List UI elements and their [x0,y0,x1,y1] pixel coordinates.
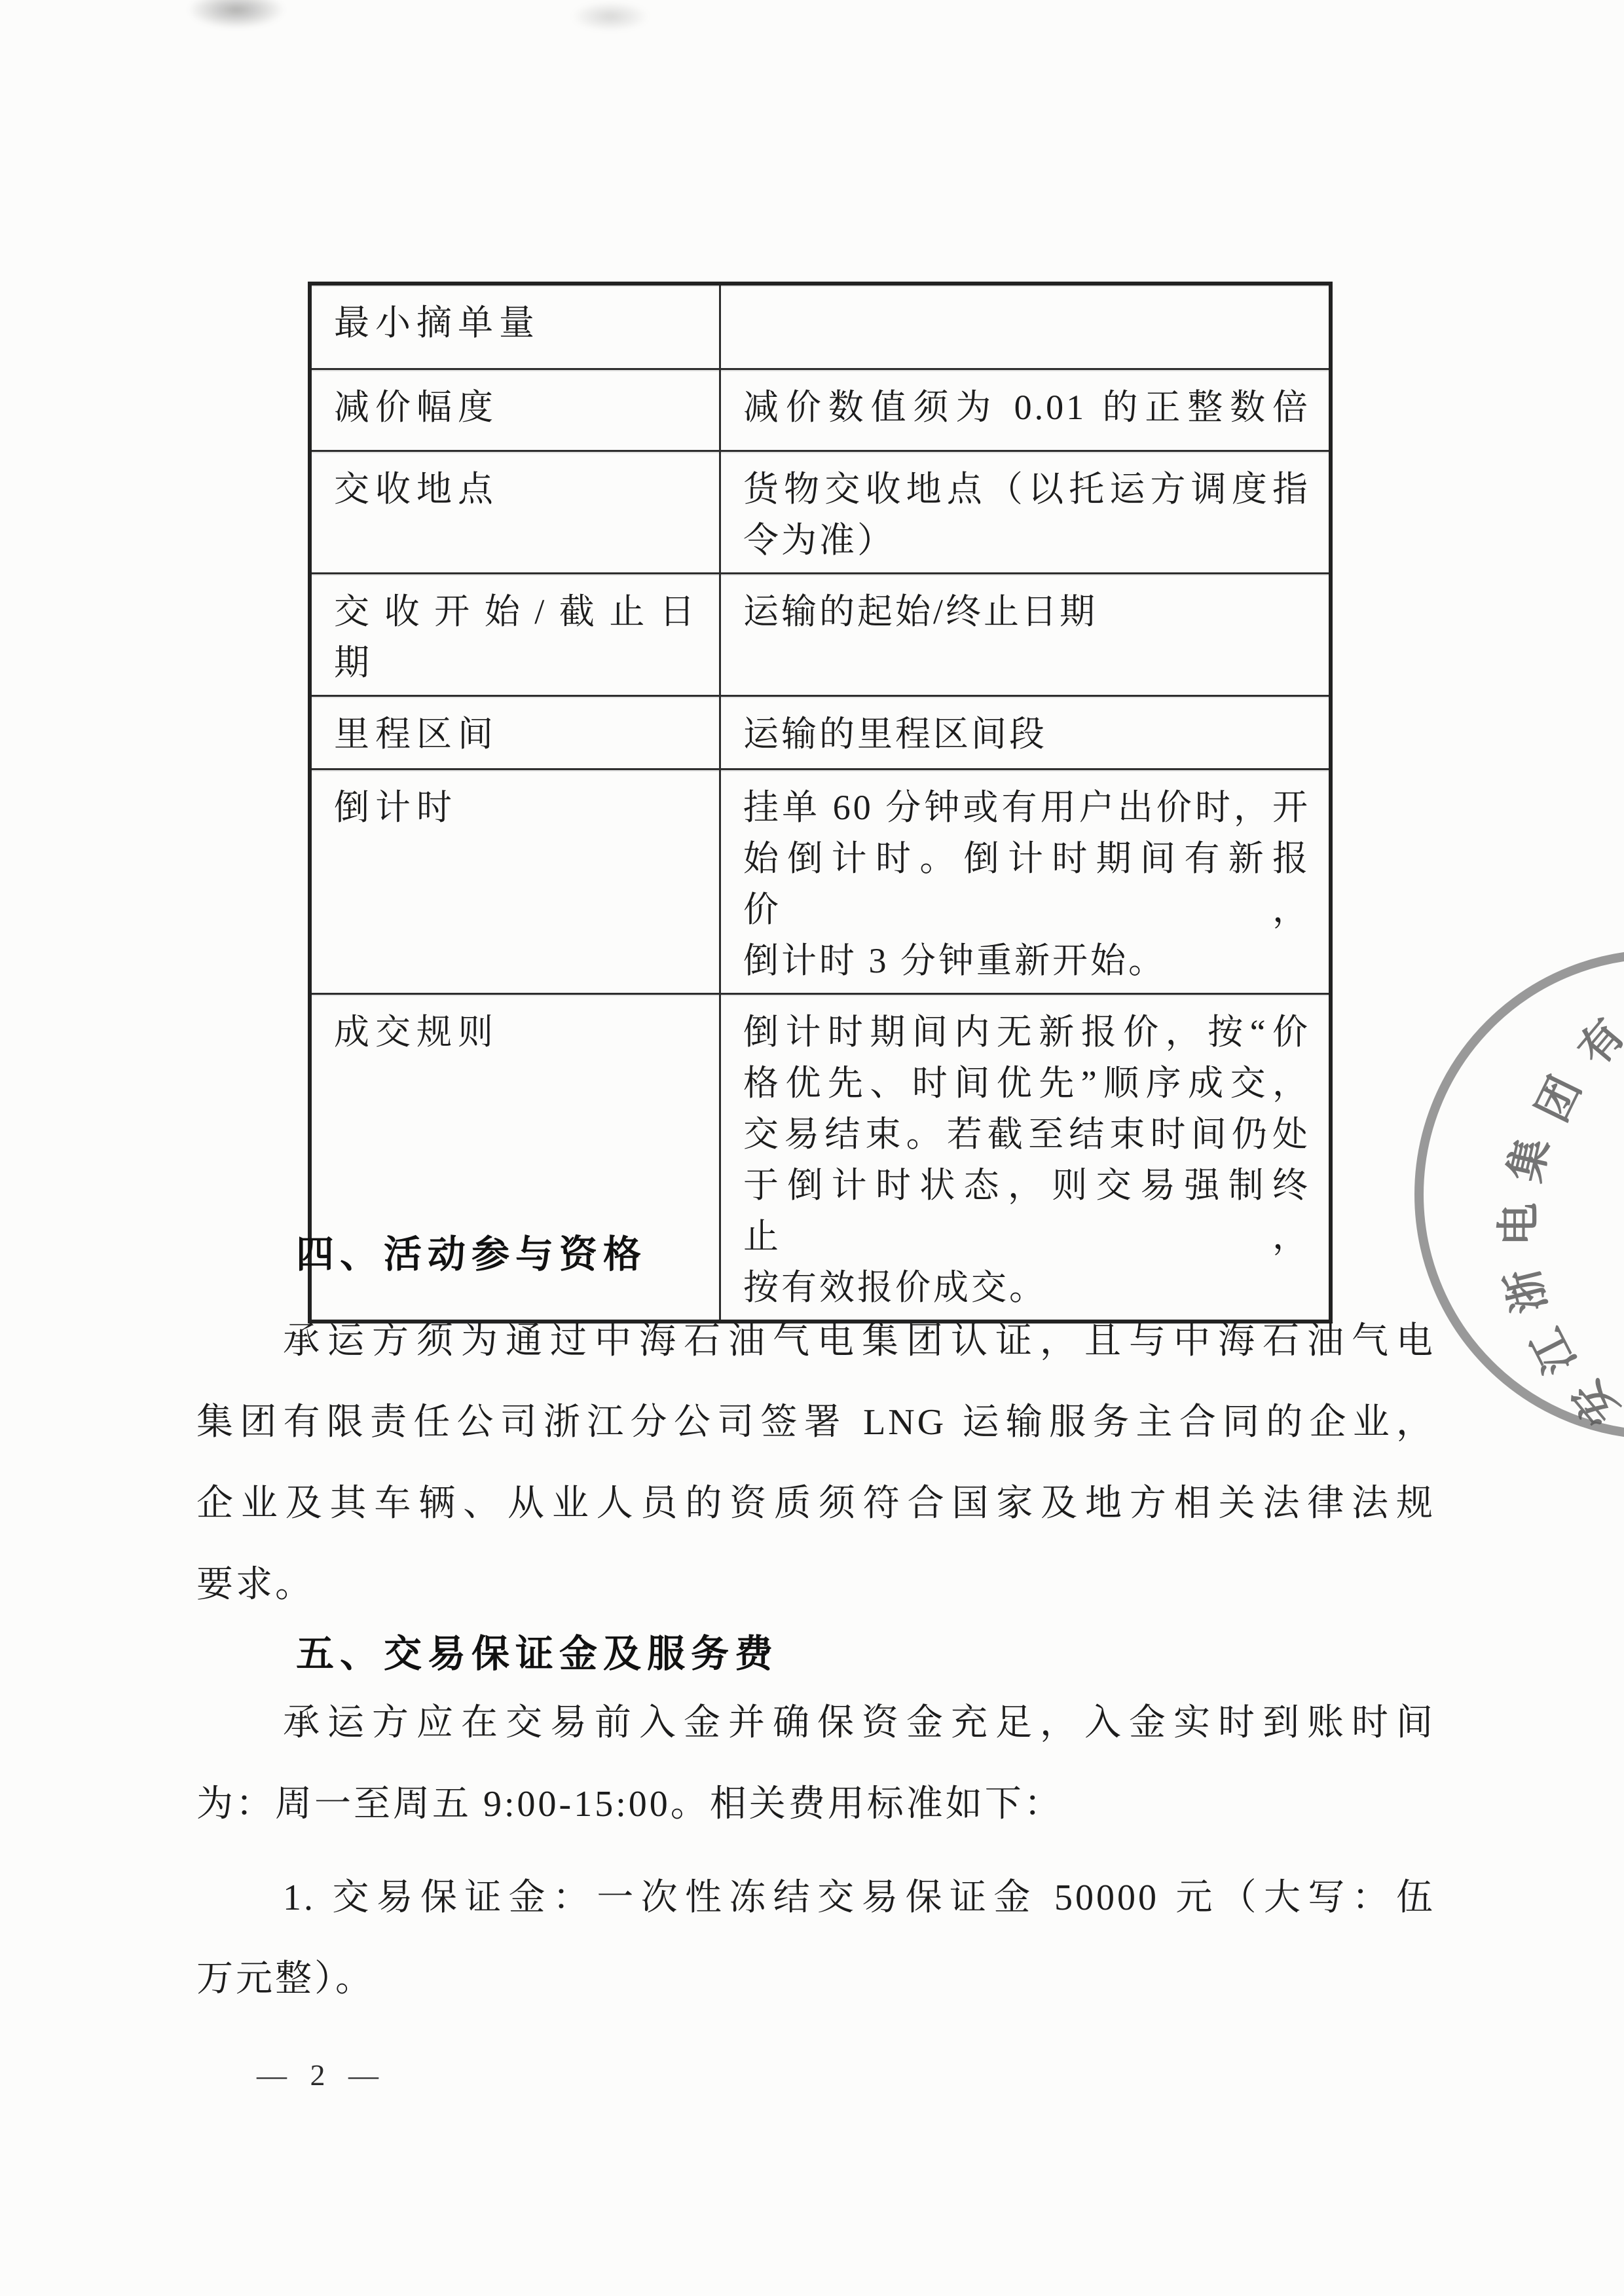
cell-value: 运输的里程区间段 [720,695,1331,769]
cell-line: 交收开始/截止日 [334,586,701,637]
cell-label: 交收开始/截止日 期 [310,573,720,695]
seal-character: 电 [1484,1203,1546,1246]
cell-label: 最小摘单量 [310,284,720,369]
section5-paragraph-2: 1. 交易保证金：一次性冻结交易保证金 50000 元（大写：伍 万元整）。 [196,1857,1435,2020]
table-row: 里程区间 运输的里程区间段 [310,695,1331,769]
scanned-document-page: 最小摘单量 减价幅度 减价数值须为 0.01 的正整数倍 交收地点 货物交收地点… [0,0,1624,2296]
cell-line: 里程区间 [334,709,701,760]
cell-line: 于倒计时状态，则交易强制终止， [743,1160,1310,1262]
section4-paragraph: 承运方须为通过中海石油气电集团认证，且与中海石油气电 集团有限责任公司浙江分公司… [196,1301,1435,1625]
table-row: 减价幅度 减价数值须为 0.01 的正整数倍 [310,369,1331,451]
cell-line: 倒计时 3 分钟重新开始。 [743,935,1310,986]
cell-value: 运输的起始/终止日期 [720,573,1331,695]
paragraph-line: 为：周一至周五 9:00-15:00。相关费用标准如下： [196,1764,1435,1845]
section-heading-5: 五、交易保证金及服务费 [296,1623,779,1678]
paragraph-line: 承运方须为通过中海石油气电集团认证，且与中海石油气电 [196,1301,1435,1382]
table-row: 交收地点 货物交收地点（以托运方调度指 令为准） [310,451,1331,573]
cell-line: 运输的起始/终止日期 [743,586,1310,637]
cell-label: 交收地点 [310,451,720,573]
paragraph-line: 要求。 [196,1544,1435,1625]
trading-rules-table: 最小摘单量 减价幅度 减价数值须为 0.01 的正整数倍 交收地点 货物交收地点… [308,282,1333,1324]
cell-line: 令为准） [743,515,1310,566]
paragraph-line: 万元整）。 [196,1938,1435,2020]
cell-line: 减价幅度 [334,382,701,433]
cell-line: 挂单 60 分钟或有用户出价时，开 [743,782,1310,833]
cell-value: 减价数值须为 0.01 的正整数倍 [720,369,1331,451]
paragraph-line: 集团有限责任公司浙江分公司签署 LNG 运输服务主合同的企业， [196,1382,1435,1463]
cell-label: 减价幅度 [310,369,720,451]
paragraph-line: 承运方应在交易前入金并确保资金充足，入金实时到账时间 [196,1682,1435,1764]
paragraph-line: 企业及其车辆、从业人员的资质须符合国家及地方相关法律法规 [196,1463,1435,1544]
cell-line: 倒计时 [334,782,701,833]
page-number: — 2 — [257,2058,386,2092]
cell-label: 里程区间 [310,695,720,769]
section5-paragraph-1: 承运方应在交易前入金并确保资金充足，入金实时到账时间 为：周一至周五 9:00-… [196,1682,1435,1845]
cell-line: 运输的里程区间段 [743,709,1310,760]
scan-smudge [187,0,286,29]
cell-line: 成交规则 [334,1007,701,1058]
cell-label: 倒计时 [310,769,720,993]
table-row: 交收开始/截止日 期 运输的起始/终止日期 [310,573,1331,695]
section-heading-4: 四、活动参与资格 [296,1223,647,1278]
scan-smudge [571,1,650,31]
cell-line: 格优先、时间优先”顺序成交， [743,1058,1310,1109]
cell-line: 始倒计时。倒计时期间有新报价， [743,833,1310,935]
cell-value: 货物交收地点（以托运方调度指 令为准） [720,451,1331,573]
cell-line: 货物交收地点（以托运方调度指 [743,464,1310,515]
table-row: 倒计时 挂单 60 分钟或有用户出价时，开 始倒计时。倒计时期间有新报价， 倒计… [310,769,1331,993]
cell-value [720,284,1331,369]
cell-value: 倒计时期间内无新报价，按“价 格优先、时间优先”顺序成交， 交易结束。若截至结束… [720,993,1331,1322]
cell-line: 交收地点 [334,464,701,515]
cell-value: 挂单 60 分钟或有用户出价时，开 始倒计时。倒计时期间有新报价， 倒计时 3 … [720,769,1331,993]
cell-line: 倒计时期间内无新报价，按“价 [743,1007,1310,1058]
table-row: 最小摘单量 [310,284,1331,369]
cell-line: 最小摘单量 [334,297,701,348]
paragraph-line: 1. 交易保证金：一次性冻结交易保证金 50000 元（大写：伍 [196,1857,1435,1938]
cell-line: 减价数值须为 0.01 的正整数倍 [743,382,1310,433]
cell-line: 交易结束。若截至结束时间仍处 [743,1109,1310,1160]
cell-line: 期 [334,637,701,688]
